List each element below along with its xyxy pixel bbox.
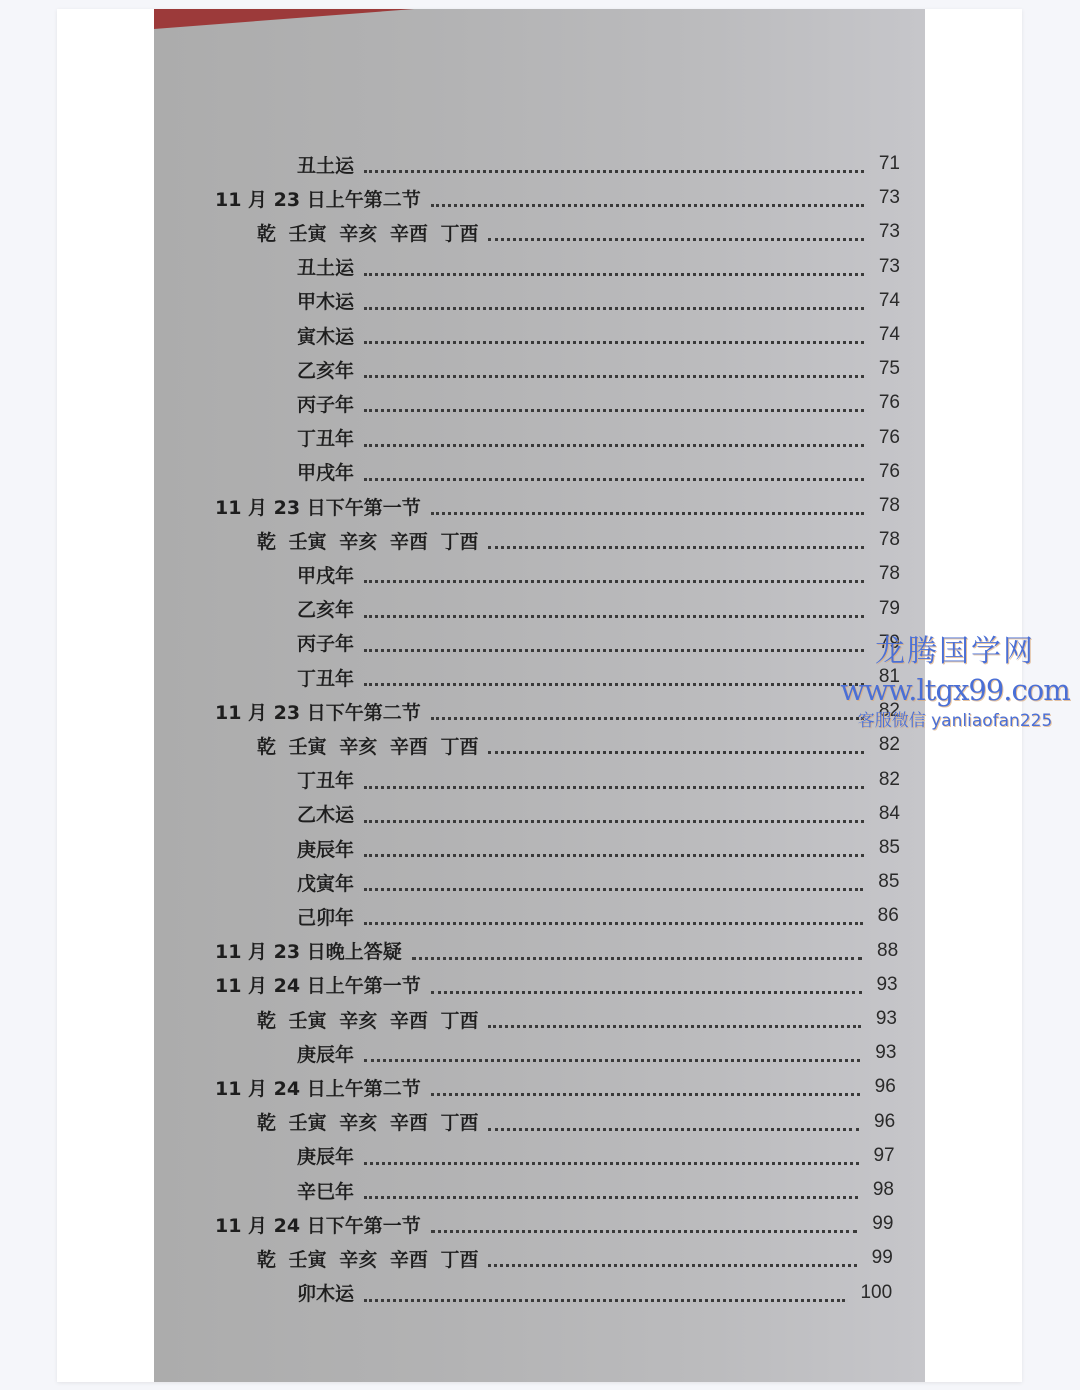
toc-entry-title: 丁丑年	[297, 766, 354, 793]
dot-leader	[431, 713, 864, 720]
dot-leader	[364, 850, 864, 857]
toc-entry-title: 丙子年	[297, 390, 354, 417]
toc-entry: 乾 壬寅 辛亥 辛酉 丁酉99	[154, 1243, 925, 1273]
toc-entry: 11 月 23 日晚上答疑88	[154, 936, 925, 966]
toc-entry: 11 月 24 日下午第一节99	[154, 1209, 925, 1239]
dot-leader	[488, 542, 864, 549]
toc-entry-title: 丁丑年	[297, 424, 354, 451]
toc-entry: 庚辰年85	[154, 833, 925, 863]
toc-entry-page-number: 82	[860, 700, 900, 722]
toc-entry: 丙子年79	[154, 628, 925, 658]
toc-entry-page-number: 79	[860, 632, 900, 654]
toc-entry: 丁丑年76	[154, 423, 925, 453]
toc-entry-title: 11 月 24 日上午第二节	[215, 1074, 421, 1101]
toc-entry-page-number: 82	[860, 734, 900, 756]
toc-entry-page-number: 84	[860, 803, 900, 825]
toc-entry: 乾 壬寅 辛亥 辛酉 丁酉93	[154, 1004, 925, 1034]
toc-entry-page-number: 75	[860, 358, 900, 380]
dot-leader	[364, 679, 864, 686]
toc-entry-title: 庚辰年	[297, 1142, 354, 1169]
toc-entry-title: 甲戌年	[297, 561, 354, 588]
toc-entry-title: 11 月 23 日下午第二节	[215, 698, 421, 725]
dot-leader	[364, 405, 864, 412]
toc-entry-page-number: 93	[857, 1008, 897, 1030]
toc-entry-page-number: 71	[860, 153, 900, 175]
toc-entry-title: 甲木运	[297, 287, 354, 314]
toc-entry-title: 乾 壬寅 辛亥 辛酉 丁酉	[257, 527, 478, 554]
toc-entry-title: 11 月 24 日下午第一节	[215, 1211, 421, 1238]
toc-entry: 丁丑年81	[154, 662, 925, 692]
toc-entry-title: 己卯年	[297, 903, 354, 930]
toc-entry-page-number: 93	[856, 1042, 896, 1064]
dot-leader	[364, 611, 864, 618]
toc-entry-page-number: 73	[860, 221, 900, 243]
toc-entry-title: 11 月 23 日晚上答疑	[215, 937, 402, 964]
toc-entry: 丁丑年82	[154, 765, 925, 795]
toc-entry: 辛巳年98	[154, 1175, 925, 1205]
toc-entry: 丑土运71	[154, 149, 925, 179]
toc-entry-title: 乾 壬寅 辛亥 辛酉 丁酉	[257, 219, 478, 246]
toc-entry-title: 卯木运	[297, 1279, 354, 1306]
toc-entry-page-number: 96	[856, 1076, 896, 1098]
toc-entry: 乙亥年75	[154, 354, 925, 384]
toc-entry-title: 乙亥年	[297, 595, 354, 622]
toc-entry-page-number: 93	[858, 974, 898, 996]
toc-entry-page-number: 99	[853, 1213, 893, 1235]
dot-leader	[364, 884, 863, 891]
toc-entry: 11 月 23 日上午第二节73	[154, 183, 925, 213]
toc-entry: 庚辰年93	[154, 1038, 925, 1068]
toc-entry-page-number: 86	[859, 905, 899, 927]
toc-entry: 戊寅年85	[154, 867, 925, 897]
book-page-photo: 丑土运7111 月 23 日上午第二节73乾 壬寅 辛亥 辛酉 丁酉73丑土运7…	[154, 9, 925, 1382]
dot-leader	[364, 782, 864, 789]
dot-leader	[488, 1260, 857, 1267]
dot-leader	[431, 1226, 857, 1233]
toc-entry-title: 乾 壬寅 辛亥 辛酉 丁酉	[257, 732, 478, 759]
toc-entry: 甲戌年76	[154, 457, 925, 487]
toc-entry-title: 乙木运	[297, 800, 354, 827]
toc-entry-page-number: 76	[860, 392, 900, 414]
dot-leader	[488, 234, 864, 241]
toc-entry-page-number: 73	[860, 187, 900, 209]
toc-entry: 11 月 24 日上午第二节96	[154, 1072, 925, 1102]
toc-entry-title: 丑土运	[297, 253, 354, 280]
dot-leader	[364, 1055, 860, 1062]
toc-entry-title: 庚辰年	[297, 1040, 354, 1067]
dot-leader	[364, 1192, 858, 1199]
toc-entry: 乙木运84	[154, 799, 925, 829]
toc-entry-page-number: 76	[860, 427, 900, 449]
table-of-contents: 丑土运7111 月 23 日上午第二节73乾 壬寅 辛亥 辛酉 丁酉73丑土运7…	[154, 9, 925, 1382]
toc-entry-title: 甲戌年	[297, 458, 354, 485]
dot-leader	[364, 440, 864, 447]
toc-entry-page-number: 78	[860, 495, 900, 517]
dot-leader	[431, 1089, 860, 1096]
toc-entry: 乾 壬寅 辛亥 辛酉 丁酉96	[154, 1107, 925, 1137]
toc-entry-page-number: 98	[854, 1179, 894, 1201]
toc-entry-page-number: 73	[860, 256, 900, 278]
toc-entry: 乾 壬寅 辛亥 辛酉 丁酉73	[154, 217, 925, 247]
toc-entry-title: 戊寅年	[297, 869, 354, 896]
toc-entry-page-number: 78	[860, 529, 900, 551]
toc-entry-title: 丑土运	[297, 151, 354, 178]
dot-leader	[364, 645, 864, 652]
toc-entry-page-number: 78	[860, 563, 900, 585]
dot-leader	[364, 371, 864, 378]
dot-leader	[364, 337, 864, 344]
toc-entry-page-number: 96	[855, 1111, 895, 1133]
toc-entry-page-number: 81	[860, 666, 900, 688]
dot-leader	[431, 200, 864, 207]
toc-entry: 乾 壬寅 辛亥 辛酉 丁酉78	[154, 525, 925, 555]
dot-leader	[364, 1158, 859, 1165]
dot-leader	[364, 918, 863, 925]
toc-entry: 甲戌年78	[154, 559, 925, 589]
toc-entry-page-number: 82	[860, 769, 900, 791]
dot-leader	[431, 987, 862, 994]
dot-leader	[364, 576, 864, 583]
toc-entry-page-number: 97	[855, 1145, 895, 1167]
dot-leader	[364, 269, 864, 276]
toc-entry: 寅木运74	[154, 320, 925, 350]
toc-entry-title: 丙子年	[297, 629, 354, 656]
toc-entry-page-number: 100	[852, 1282, 892, 1304]
dot-leader	[364, 1295, 845, 1302]
toc-entry: 丙子年76	[154, 388, 925, 418]
toc-entry: 甲木运74	[154, 286, 925, 316]
dot-leader	[364, 474, 864, 481]
toc-entry-page-number: 85	[859, 871, 899, 893]
toc-entry: 11 月 24 日上午第一节93	[154, 970, 925, 1000]
toc-entry: 乙亥年79	[154, 594, 925, 624]
toc-entry: 庚辰年97	[154, 1141, 925, 1171]
dot-leader	[364, 303, 864, 310]
toc-entry: 卯木运100	[154, 1278, 925, 1308]
toc-entry-page-number: 74	[860, 324, 900, 346]
toc-entry: 11 月 23 日下午第二节82	[154, 696, 925, 726]
toc-entry-page-number: 85	[860, 837, 900, 859]
dot-leader	[364, 816, 864, 823]
toc-entry-title: 丁丑年	[297, 664, 354, 691]
toc-entry-title: 庚辰年	[297, 835, 354, 862]
dot-leader	[488, 1021, 861, 1028]
toc-entry: 丑土运73	[154, 252, 925, 282]
toc-entry-title: 乾 壬寅 辛亥 辛酉 丁酉	[257, 1108, 478, 1135]
toc-entry-title: 11 月 23 日上午第二节	[215, 185, 421, 212]
toc-entry-page-number: 99	[853, 1247, 893, 1269]
dot-leader	[431, 508, 864, 515]
dot-leader	[364, 166, 864, 173]
toc-entry: 11 月 23 日下午第一节78	[154, 491, 925, 521]
toc-entry-title: 辛巳年	[297, 1177, 354, 1204]
dot-leader	[488, 747, 864, 754]
toc-entry-title: 乾 壬寅 辛亥 辛酉 丁酉	[257, 1006, 478, 1033]
toc-entry: 己卯年86	[154, 901, 925, 931]
toc-entry-page-number: 74	[860, 290, 900, 312]
toc-entry-title: 乙亥年	[297, 356, 354, 383]
toc-entry-title: 乾 壬寅 辛亥 辛酉 丁酉	[257, 1245, 478, 1272]
toc-entry-page-number: 88	[858, 940, 898, 962]
toc-entry-title: 11 月 24 日上午第一节	[215, 971, 421, 998]
dot-leader	[488, 1124, 859, 1131]
toc-entry-title: 寅木运	[297, 322, 354, 349]
toc-entry-page-number: 79	[860, 598, 900, 620]
toc-entry-title: 11 月 23 日下午第一节	[215, 493, 421, 520]
toc-entry-page-number: 76	[860, 461, 900, 483]
dot-leader	[412, 953, 862, 960]
toc-entry: 乾 壬寅 辛亥 辛酉 丁酉82	[154, 730, 925, 760]
